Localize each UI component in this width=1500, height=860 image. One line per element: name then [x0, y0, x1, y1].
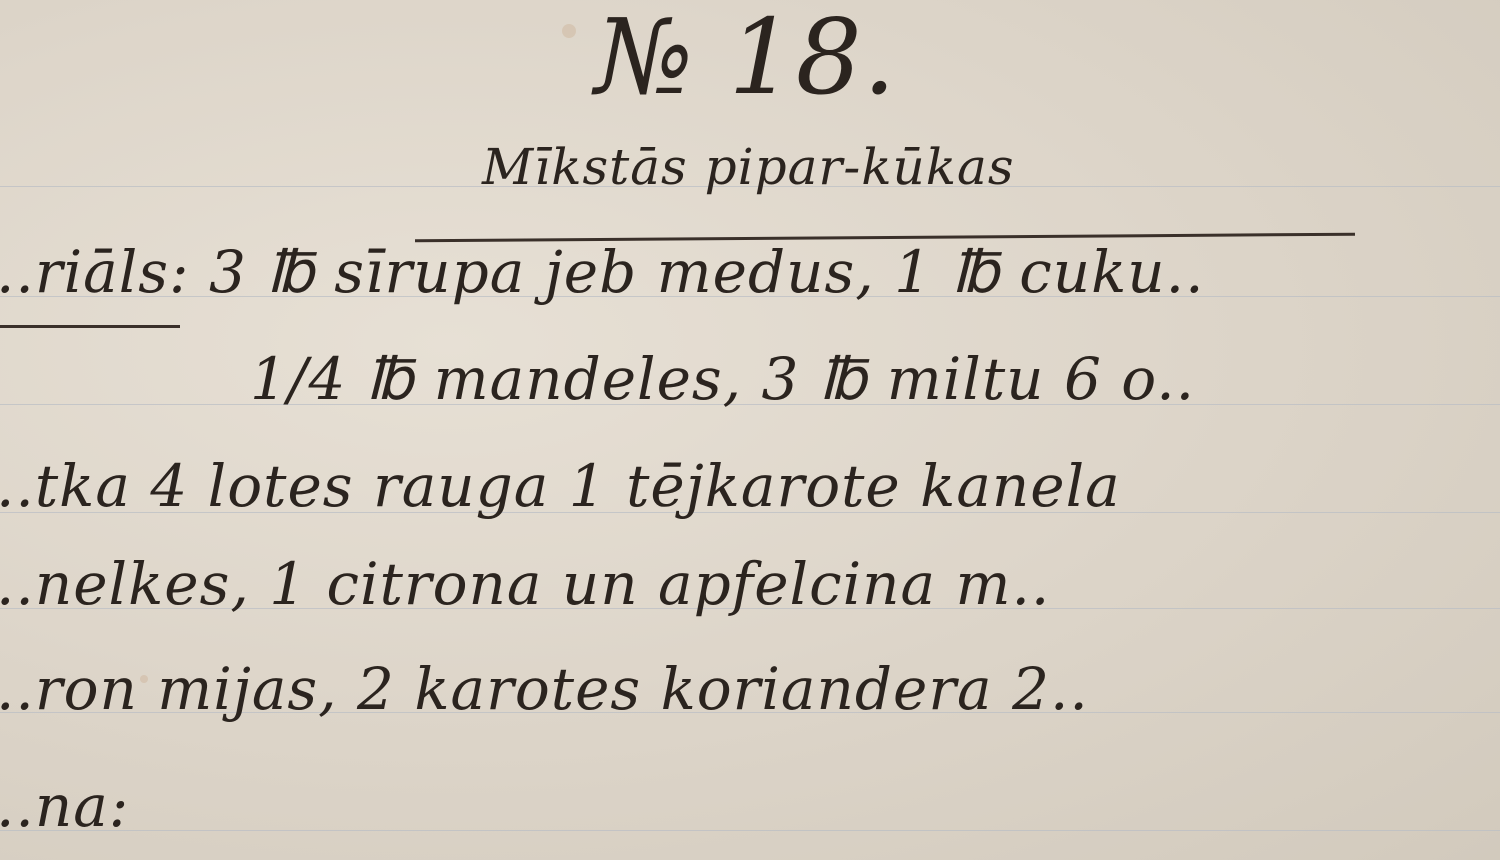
recipe-line-6: ..na:: [0, 772, 129, 840]
recipe-line-5: ..ron mijas, 2 karotes koriandera 2..: [0, 655, 1089, 723]
recipe-line-1: ..riāls: 3 ℔ sīrupa jeb medus, 1 ℔ cuku.…: [0, 238, 1205, 306]
recipe-title: Mīkstās pipar-kūkas: [482, 138, 1014, 196]
recipe-line-4: ..nelkes, 1 citrona un apfelcina m..: [0, 550, 1050, 618]
ink-stain: [562, 24, 576, 38]
recipe-line-3: ..tka 4 lotes rauga 1 tējkarote kanela: [0, 452, 1121, 520]
ruled-line: [0, 830, 1500, 831]
heading-underline: [0, 325, 180, 328]
recipe-number: № 18.: [595, 0, 897, 118]
recipe-line-2: 1/4 ℔ mandeles, 3 ℔ miltu 6 o..: [250, 345, 1195, 413]
